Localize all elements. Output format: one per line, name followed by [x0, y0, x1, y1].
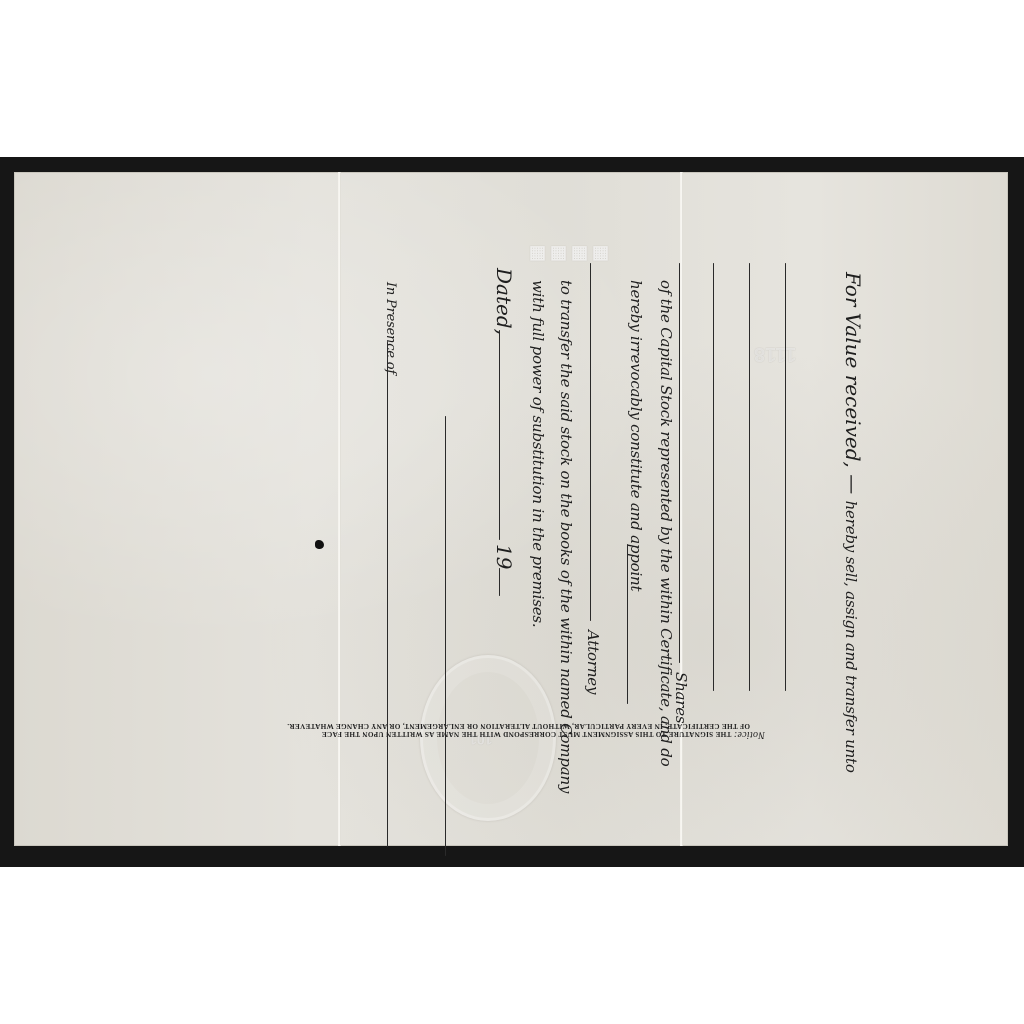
ink-spot [315, 540, 324, 549]
year-line [499, 568, 500, 596]
attorney-name-line [590, 263, 591, 621]
assignee-line-3 [713, 263, 714, 691]
dated-label: Dated, [492, 268, 516, 335]
assignment-line-5: with full power of substitution in the p… [529, 280, 547, 627]
fold-line-right [680, 172, 683, 846]
attorney-label: Attorney [584, 630, 602, 694]
notice-line-2: OF THE CERTIFICATE, IN EVERY PARTICULAR,… [287, 722, 750, 730]
assignment-line-3: hereby irrevocably constitute and appoin… [627, 280, 645, 591]
showthrough-certificate-number: 1118 [754, 342, 796, 365]
notice-line-1: Notice: THE SIGNATURE TO THIS ASSIGNMENT… [322, 729, 765, 740]
showthrough-perforated-number: ▦▦▦▦ [529, 242, 613, 263]
assignment-line-2: of the Capital Stock represented by the … [657, 280, 675, 766]
fold-line-left [338, 172, 341, 846]
witness-line [387, 342, 388, 847]
date-line [499, 330, 500, 540]
assignment-line-4: to transfer the said stock on the books … [557, 280, 575, 793]
year-prefix: 19 [492, 544, 516, 569]
certificate-paper: 1118 ▦▦▦▦ 101 For Value received, — here… [14, 172, 1008, 846]
assignment-line-1: For Value received, — hereby sell, assig… [841, 272, 865, 773]
assignee-line-2 [749, 263, 750, 691]
assignee-line-1 [785, 263, 786, 691]
witness-label: In Presence of [383, 282, 398, 374]
